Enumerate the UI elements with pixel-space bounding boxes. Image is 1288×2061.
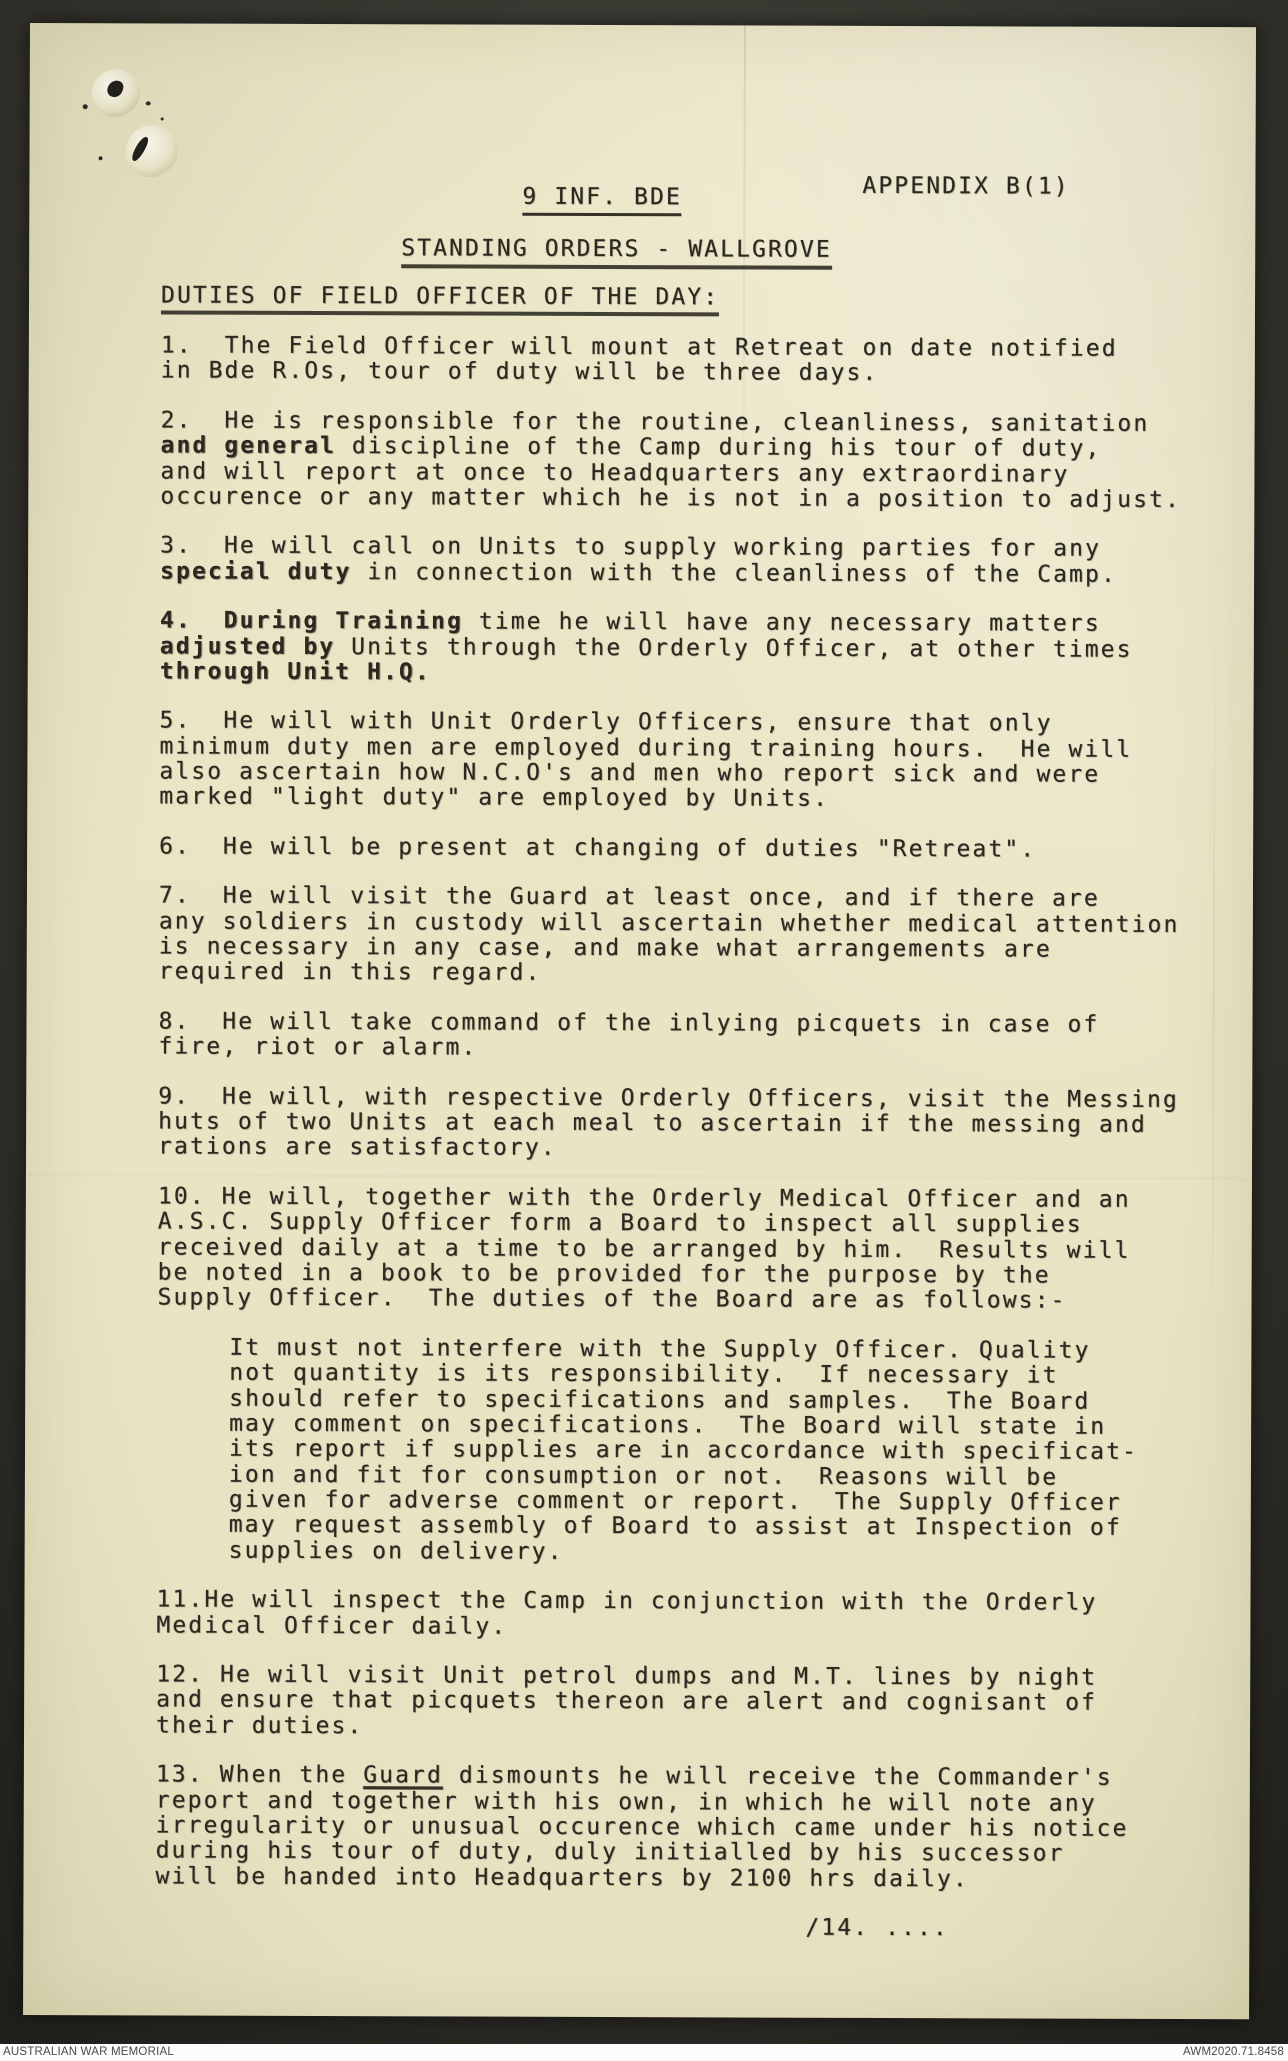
text-segment: fire, riot or alarm.: [158, 1034, 477, 1061]
paragraph-7: 7. He will visit the Guard at least once…: [159, 884, 1229, 989]
text-line: Medical Officer daily.: [156, 1613, 1226, 1642]
paragraph-1: 1. The Field Officer will mount at Retre…: [161, 333, 1231, 388]
paragraph-8: 8. He will take command of the inlying p…: [158, 1009, 1228, 1064]
text-segment: adjusted by: [160, 633, 336, 660]
text-segment: required in this regard.: [159, 959, 542, 986]
paragraph-5: 5. He will with Unit Orderly Officers, e…: [159, 709, 1229, 814]
text-segment: and will report at once to Headquarters …: [160, 458, 1069, 487]
paragraph-3: 3. He will call on Units to supply worki…: [160, 534, 1230, 589]
text-segment: Units through the Orderly Officer, at ot…: [335, 634, 1132, 663]
text-segment: not quantity is its responsibility. If n…: [229, 1360, 1058, 1389]
text-line: occurence or any matter which he is not …: [160, 484, 1230, 513]
appendix-label: APPENDIX B(1): [862, 173, 1069, 200]
archive-id: AWM2020.71.8458: [1183, 2044, 1288, 2061]
text-line: required in this regard.: [159, 960, 1229, 989]
text-line: rations are satisfactory.: [158, 1135, 1228, 1164]
text-segment: /14. ....: [805, 1915, 949, 1942]
text-segment: be noted in a book to be provided for th…: [158, 1259, 1051, 1288]
text-segment: 12. He will visit Unit petrol dumps and …: [156, 1661, 1097, 1690]
text-line: 6. He will be present at changing of dut…: [159, 834, 1229, 863]
paragraph-13: 13. When the Guard dismounts he will rec…: [155, 1763, 1225, 1894]
text-segment: marked "light duty" are employed by Unit…: [159, 784, 829, 812]
text-segment: may request assembly of Board to assist …: [229, 1512, 1122, 1541]
text-segment: It must not interfere with the Supply Of…: [229, 1334, 1090, 1363]
text-segment: time he will have any necessary matters: [463, 609, 1101, 637]
text-segment: in connection with the cleanliness of th…: [351, 559, 1117, 588]
text-segment: supplies on delivery.: [229, 1538, 564, 1565]
text-segment: report and together with his own, in whi…: [156, 1787, 1097, 1816]
section-heading: DUTIES OF FIELD OFFICER OF THE DAY:: [161, 282, 719, 316]
text-segment: its report if supplies are in accordance…: [229, 1436, 1138, 1465]
footer-bar: AUSTRALIAN WAR MEMORIAL AWM2020.71.8458: [0, 2044, 1288, 2061]
text-segment: should refer to specifications and sampl…: [229, 1385, 1090, 1414]
text-segment: may comment on specifications. The Board…: [229, 1411, 1106, 1440]
text-segment: Guard: [363, 1762, 443, 1788]
text-segment: occurence or any matter which he is not …: [160, 483, 1181, 513]
text-segment: A.S.C. Supply Officer form a Board to in…: [158, 1209, 1083, 1238]
text-line: in Bde R.Os, tour of duty will be three …: [161, 359, 1231, 388]
text-segment: and general: [160, 433, 336, 460]
text-line: will be handed into Headquarters by 2100…: [155, 1864, 1225, 1893]
document-paper: APPENDIX B(1) 9 INF. BDE STANDING ORDERS…: [23, 23, 1256, 2019]
text-segment: special duty: [160, 558, 351, 585]
text-segment: dismounts he will receive the Commander'…: [443, 1763, 1113, 1791]
document-subtitle: STANDING ORDERS - WALLGROVE: [401, 235, 832, 270]
text-segment: will be handed into Headquarters by 2100…: [155, 1863, 968, 1892]
text-line: their duties.: [156, 1713, 1226, 1742]
scan-background: { "colors": { "paper": "#e9e4c4", "backg…: [0, 0, 1288, 2061]
text-line: fire, riot or alarm.: [158, 1035, 1228, 1064]
text-line: supplies on delivery.: [229, 1539, 1227, 1568]
text-segment: is necessary in any case, and make what …: [159, 933, 1052, 962]
document-body: 1. The Field Officer will mount at Retre…: [155, 333, 1231, 1966]
text-segment: through Unit H.Q.: [160, 658, 431, 685]
paragraph-11: 11.He will inspect the Camp in conjuncti…: [156, 1588, 1226, 1643]
text-segment: discipline of the Camp during his tour o…: [336, 433, 1102, 462]
paper-speck: [146, 101, 151, 105]
page-continuation-marker: /14. ....: [805, 1916, 1225, 1943]
paragraph-10: 10. He will, together with the Orderly M…: [158, 1184, 1228, 1315]
text-line: through Unit H.Q.: [160, 659, 1230, 688]
paragraph-2: 2. He is responsible for the routine, cl…: [160, 408, 1230, 513]
paragraph-12: 12. He will visit Unit petrol dumps and …: [156, 1662, 1226, 1742]
text-segment: ion and fit for consumption or not. Reas…: [229, 1461, 1058, 1490]
text-line: special duty in connection with the clea…: [160, 559, 1230, 588]
paragraph-6: 6. He will be present at changing of dut…: [159, 834, 1229, 863]
paper-speck: [83, 104, 88, 109]
text-line: /14. ....: [805, 1916, 1225, 1943]
text-segment: 6. He will be present at changing of dut…: [159, 833, 1036, 862]
paragraph-9: 9. He will, with respective Orderly Offi…: [158, 1084, 1228, 1164]
text-segment: rations are satisfactory.: [158, 1134, 557, 1161]
text-segment: 13. When the: [156, 1762, 363, 1789]
text-segment: 5. He will with Unit Orderly Officers, e…: [160, 708, 1053, 737]
paper-speck: [99, 156, 103, 160]
text-line: marked "light duty" are employed by Unit…: [159, 785, 1229, 814]
archive-label: AUSTRALIAN WAR MEMORIAL: [0, 2044, 174, 2061]
text-segment: given for adverse comment or report. The…: [229, 1487, 1122, 1516]
text-segment: 4. During Training: [160, 608, 463, 635]
text-segment: Supply Officer. The duties of the Board …: [158, 1285, 1067, 1314]
document-title: 9 INF. BDE: [522, 184, 682, 217]
text-segment: Medical Officer daily.: [156, 1612, 507, 1639]
text-segment: and ensure that picquets thereon are ale…: [156, 1687, 1097, 1716]
text-segment: 11.He will inspect the Camp in conjuncti…: [156, 1587, 1097, 1616]
paragraph-4: 4. During Training time he will have any…: [160, 609, 1230, 689]
paper-speck: [161, 117, 164, 120]
text-segment: in Bde R.Os, tour of duty will be three …: [161, 358, 879, 387]
paragraph-10-board-duties: It must not interfere with the Supply Of…: [157, 1335, 1228, 1567]
text-segment: during his tour of duty, duly initialled…: [156, 1838, 1065, 1867]
text-segment: their duties.: [156, 1712, 363, 1739]
text-line: Supply Officer. The duties of the Board …: [158, 1286, 1228, 1315]
